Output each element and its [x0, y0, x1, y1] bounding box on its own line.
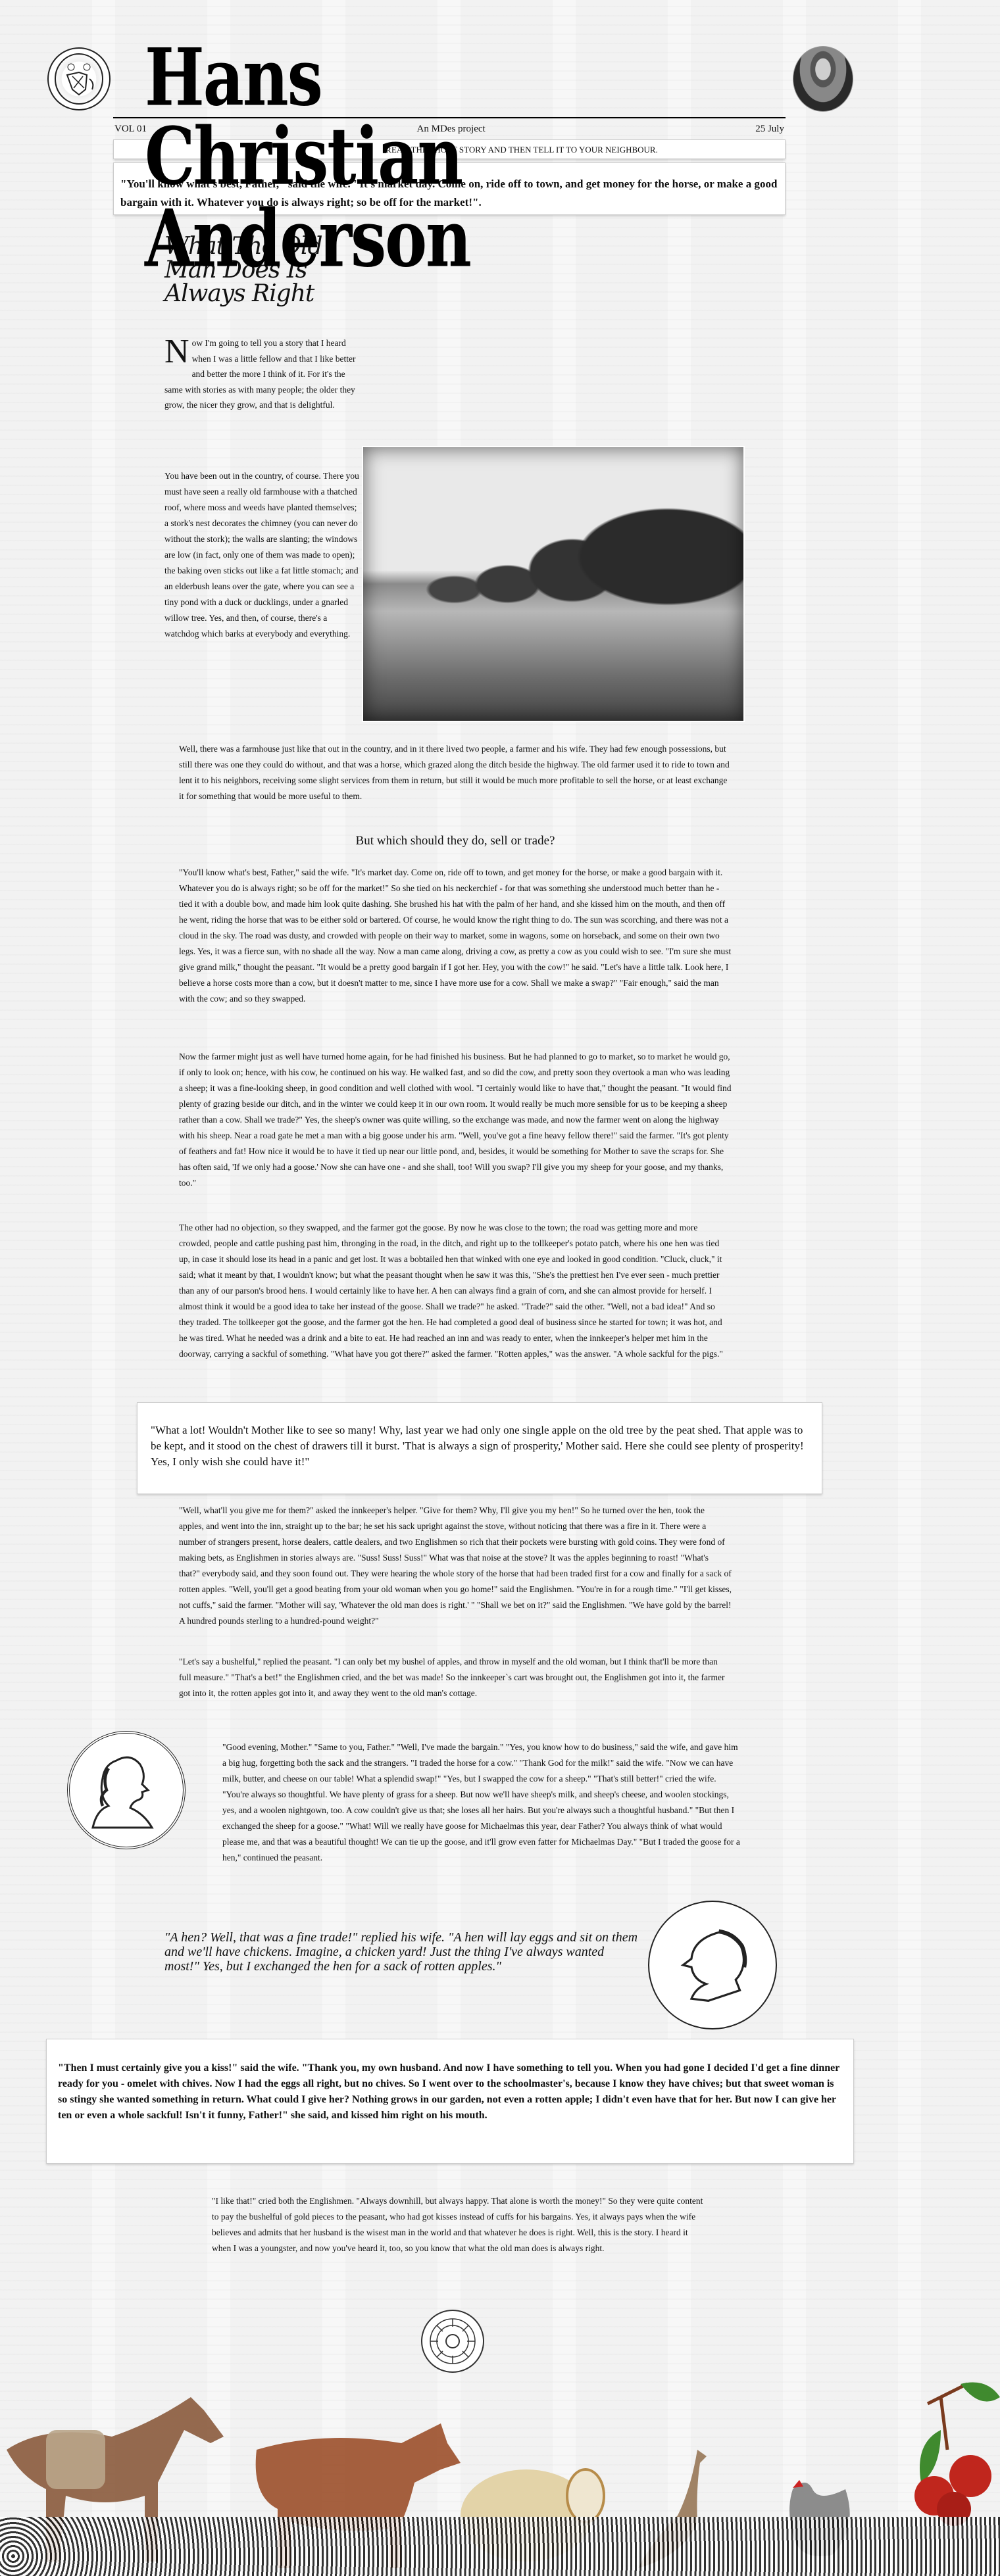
- woman-profile-medallion: [67, 1731, 186, 1849]
- orchard-image: [363, 447, 743, 721]
- story-paragraph: "You'll know what's best, Father," said …: [179, 865, 732, 1007]
- story-paragraph: Well, there was a farmhouse just like th…: [179, 741, 732, 804]
- coat-of-arms-icon: [47, 47, 111, 110]
- apples-pull-quote: "What a lot! Wouldn't Mother like to see…: [137, 1402, 822, 1494]
- footer-illustration: [0, 2377, 1000, 2576]
- man-profile-medallion: [648, 1901, 777, 2029]
- story-paragraph: Now the farmer might just as well have t…: [179, 1049, 732, 1191]
- ornamental-rosette: [421, 2310, 484, 2373]
- intro-paragraph: N ow I'm going to tell you a story that …: [164, 335, 362, 413]
- story-paragraph: "Well, what'll you give me for them?" as…: [179, 1503, 732, 1629]
- author-portrait: [793, 46, 853, 112]
- country-paragraph: You have been out in the country, of cou…: [164, 468, 362, 642]
- volume-label: VOL 01: [114, 124, 147, 135]
- story-paragraph: "I like that!" cried both the Englishmen…: [212, 2193, 705, 2256]
- masthead-title-line2: Anderson: [145, 199, 645, 278]
- ornamental-scroll-band: [0, 2517, 1000, 2576]
- drop-cap: N: [164, 337, 189, 367]
- intro-text: ow I'm going to tell you a story that I …: [164, 338, 355, 410]
- story-paragraph: The other had no objection, so they swap…: [179, 1220, 732, 1362]
- masthead-title: Hans Christian Anderson: [145, 38, 645, 278]
- masthead-title-line1: Hans Christian: [145, 38, 645, 196]
- section-subheading: But which should they do, sell or trade?: [179, 834, 732, 848]
- kiss-pull-quote: "Then I must certainly give you a kiss!"…: [46, 2039, 854, 2164]
- orchard-photo: [362, 446, 745, 722]
- apples-icon: [901, 2377, 1000, 2535]
- date-label: 25 July: [755, 124, 784, 135]
- story-paragraph: "Let's say a bushelful," replied the pea…: [179, 1654, 732, 1701]
- hen-pull-quote: "A hen? Well, that was a fine trade!" re…: [164, 1930, 638, 1974]
- story-paragraph: "Good evening, Mother." "Same to you, Fa…: [222, 1739, 742, 1866]
